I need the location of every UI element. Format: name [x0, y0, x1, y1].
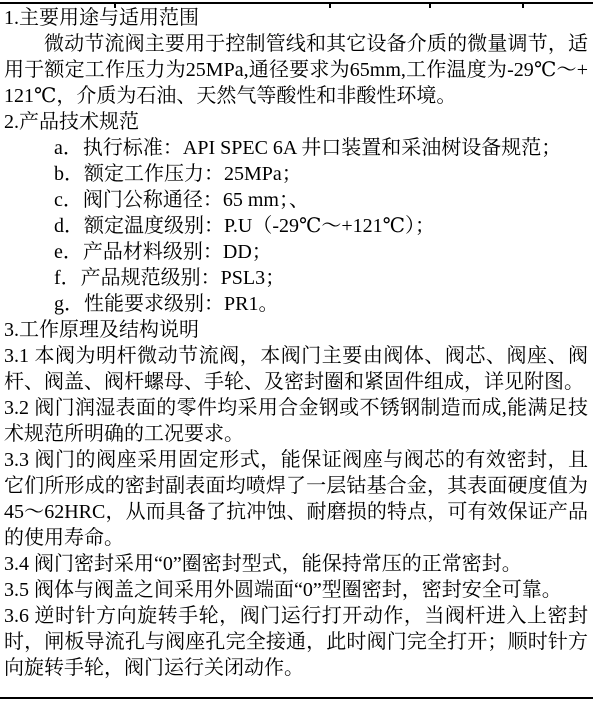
paragraph-3-2: 3.2 阀门润湿表面的零件均采用合金钢或不锈钢制造而成,能满足技术规范所明确的工… — [4, 395, 588, 447]
spec-item-c: c．阀门公称通径：65 mm；、 — [54, 187, 588, 213]
section-3-heading: 3.工作原理及结构说明 — [4, 317, 588, 343]
document-content: 1.主要用途与适用范围 微动节流阀主要用于控制管线和其它设备介质的微量调节，适用… — [4, 5, 588, 681]
table-bottom-rule — [0, 2, 593, 4]
spec-item-f: f．产品规范级别：PSL3； — [54, 265, 588, 291]
spec-item-b: b．额定工作压力：25MPa； — [54, 161, 588, 187]
spec-item-e: e．产品材料级别：DD； — [54, 239, 588, 265]
spec-item-g: g．性能要求级别：PR1。 — [54, 291, 588, 317]
paragraph-3-1: 3.1 本阀为明杆微动节流阀，本阀门主要由阀体、阀芯、阀座、阀杆、阀盖、阀杆螺母… — [4, 343, 588, 395]
section-2-heading: 2.产品技术规范 — [4, 109, 588, 135]
paragraph-3-5: 3.5 阀体与阀盖之间采用外圆端面“0”型圈密封，密封安全可靠。 — [4, 577, 588, 603]
paragraph-3-3: 3.3 阀门的阀座采用固定形式，能保证阀座与阀芯的有效密封，且它们所形成的密封副… — [4, 447, 588, 551]
section-1-paragraph: 微动节流阀主要用于控制管线和其它设备介质的微量调节，适用于额定工作压力为25MP… — [4, 31, 588, 109]
spec-item-d: d．额定温度级别：P.U（-29℃～+121℃）； — [54, 213, 588, 239]
paragraph-3-6: 3.6 逆时针方向旋转手轮，阀门运行打开动作，当阀杆进入上密封时，闸板导流孔与阀… — [4, 603, 588, 681]
spec-list: a．执行标准：API SPEC 6A 井口装置和采油树设备规范； b．额定工作压… — [4, 135, 588, 317]
spec-item-a: a．执行标准：API SPEC 6A 井口装置和采油树设备规范； — [54, 135, 588, 161]
paragraph-3-4: 3.4 阀门密封采用“0”圈密封型式，能保持常压的正常密封。 — [4, 551, 588, 577]
document-page: 1.主要用途与适用范围 微动节流阀主要用于控制管线和其它设备介质的微量调节，适用… — [0, 0, 593, 703]
page-bottom-rule — [0, 697, 593, 699]
section-1-heading: 1.主要用途与适用范围 — [4, 5, 588, 31]
